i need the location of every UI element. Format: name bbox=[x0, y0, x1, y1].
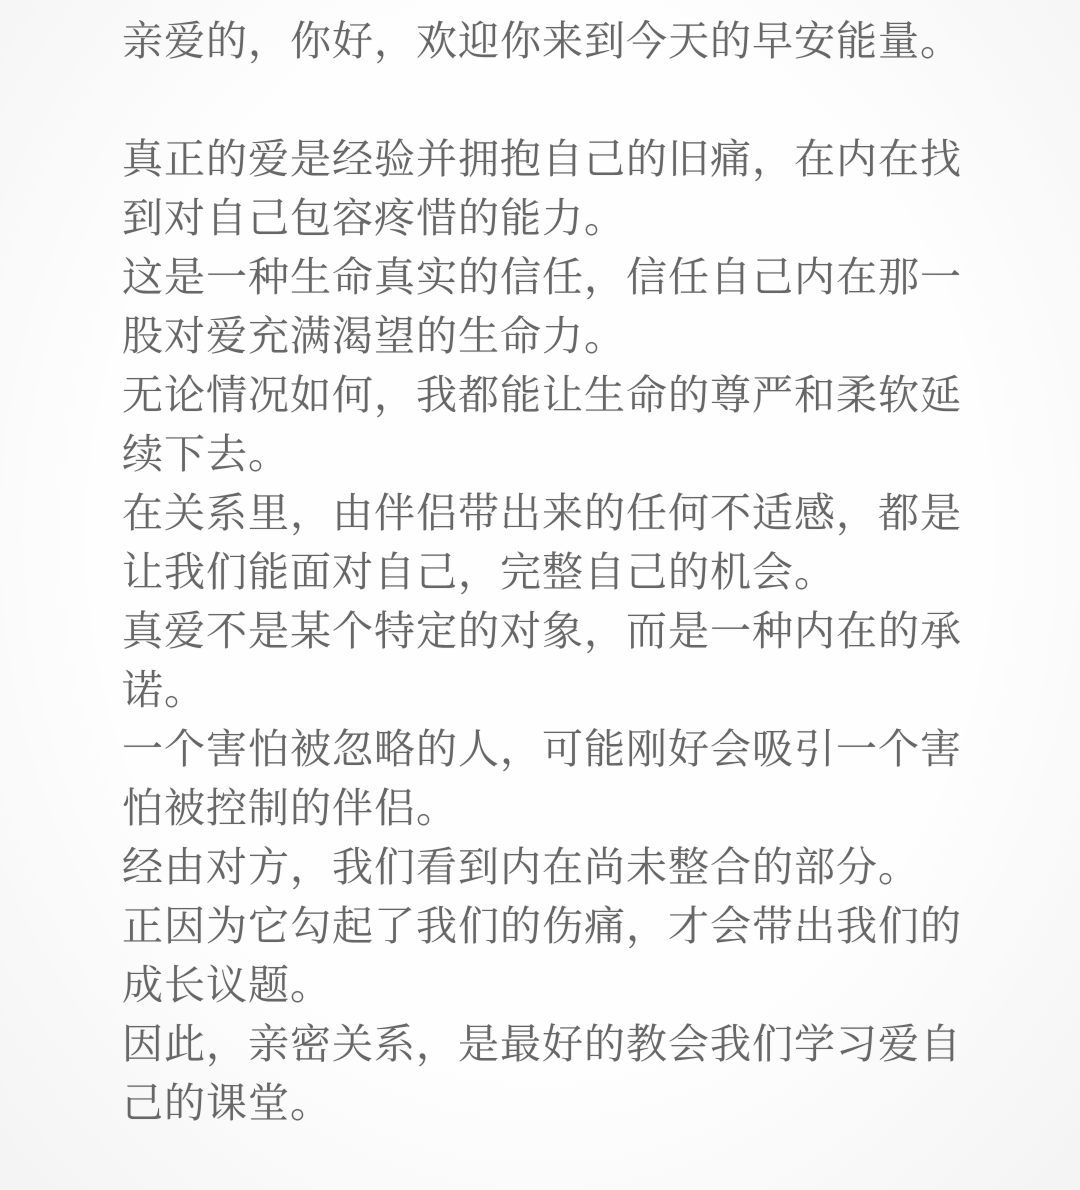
text-line: 一个害怕被忽略的人，可能刚好会吸引一个害 bbox=[122, 720, 970, 779]
text-line: 让我们能面对自己，完整自己的机会。 bbox=[122, 543, 970, 602]
text-line: 这是一种生命真实的信任，信任自己内在那一 bbox=[122, 248, 970, 307]
text-line: 到对自己包容疼惜的能力。 bbox=[122, 189, 970, 248]
text-line: 无论情况如何，我都能让生命的尊严和柔软延 bbox=[122, 366, 970, 425]
text-line: 在关系里，由伴侣带出来的任何不适感，都是 bbox=[122, 484, 970, 543]
text-line: 成长议题。 bbox=[122, 956, 970, 1015]
text-line: 亲爱的，你好，欢迎你来到今天的早安能量。 bbox=[122, 12, 970, 71]
text-line: 怕被控制的伴侣。 bbox=[122, 779, 970, 838]
text-line: 真爱不是某个特定的对象，而是一种内在的承 bbox=[122, 602, 970, 661]
blank-line bbox=[122, 71, 970, 130]
text-line: 因此，亲密关系，是最好的教会我们学习爱自 bbox=[122, 1015, 970, 1074]
text-line: 诺。 bbox=[122, 661, 970, 720]
text-line: 经由对方，我们看到内在尚未整合的部分。 bbox=[122, 838, 970, 897]
text-line: 股对爱充满渴望的生命力。 bbox=[122, 307, 970, 366]
text-lines: 亲爱的，你好，欢迎你来到今天的早安能量。真正的爱是经验并拥抱自己的旧痛，在内在找… bbox=[122, 12, 970, 1133]
text-line: 己的课堂。 bbox=[122, 1074, 970, 1133]
text-page: 亲爱的，你好，欢迎你来到今天的早安能量。真正的爱是经验并拥抱自己的旧痛，在内在找… bbox=[0, 0, 1080, 1190]
text-line: 正因为它勾起了我们的伤痛，才会带出我们的 bbox=[122, 897, 970, 956]
text-line: 续下去。 bbox=[122, 425, 970, 484]
text-line: 真正的爱是经验并拥抱自己的旧痛，在内在找 bbox=[122, 130, 970, 189]
